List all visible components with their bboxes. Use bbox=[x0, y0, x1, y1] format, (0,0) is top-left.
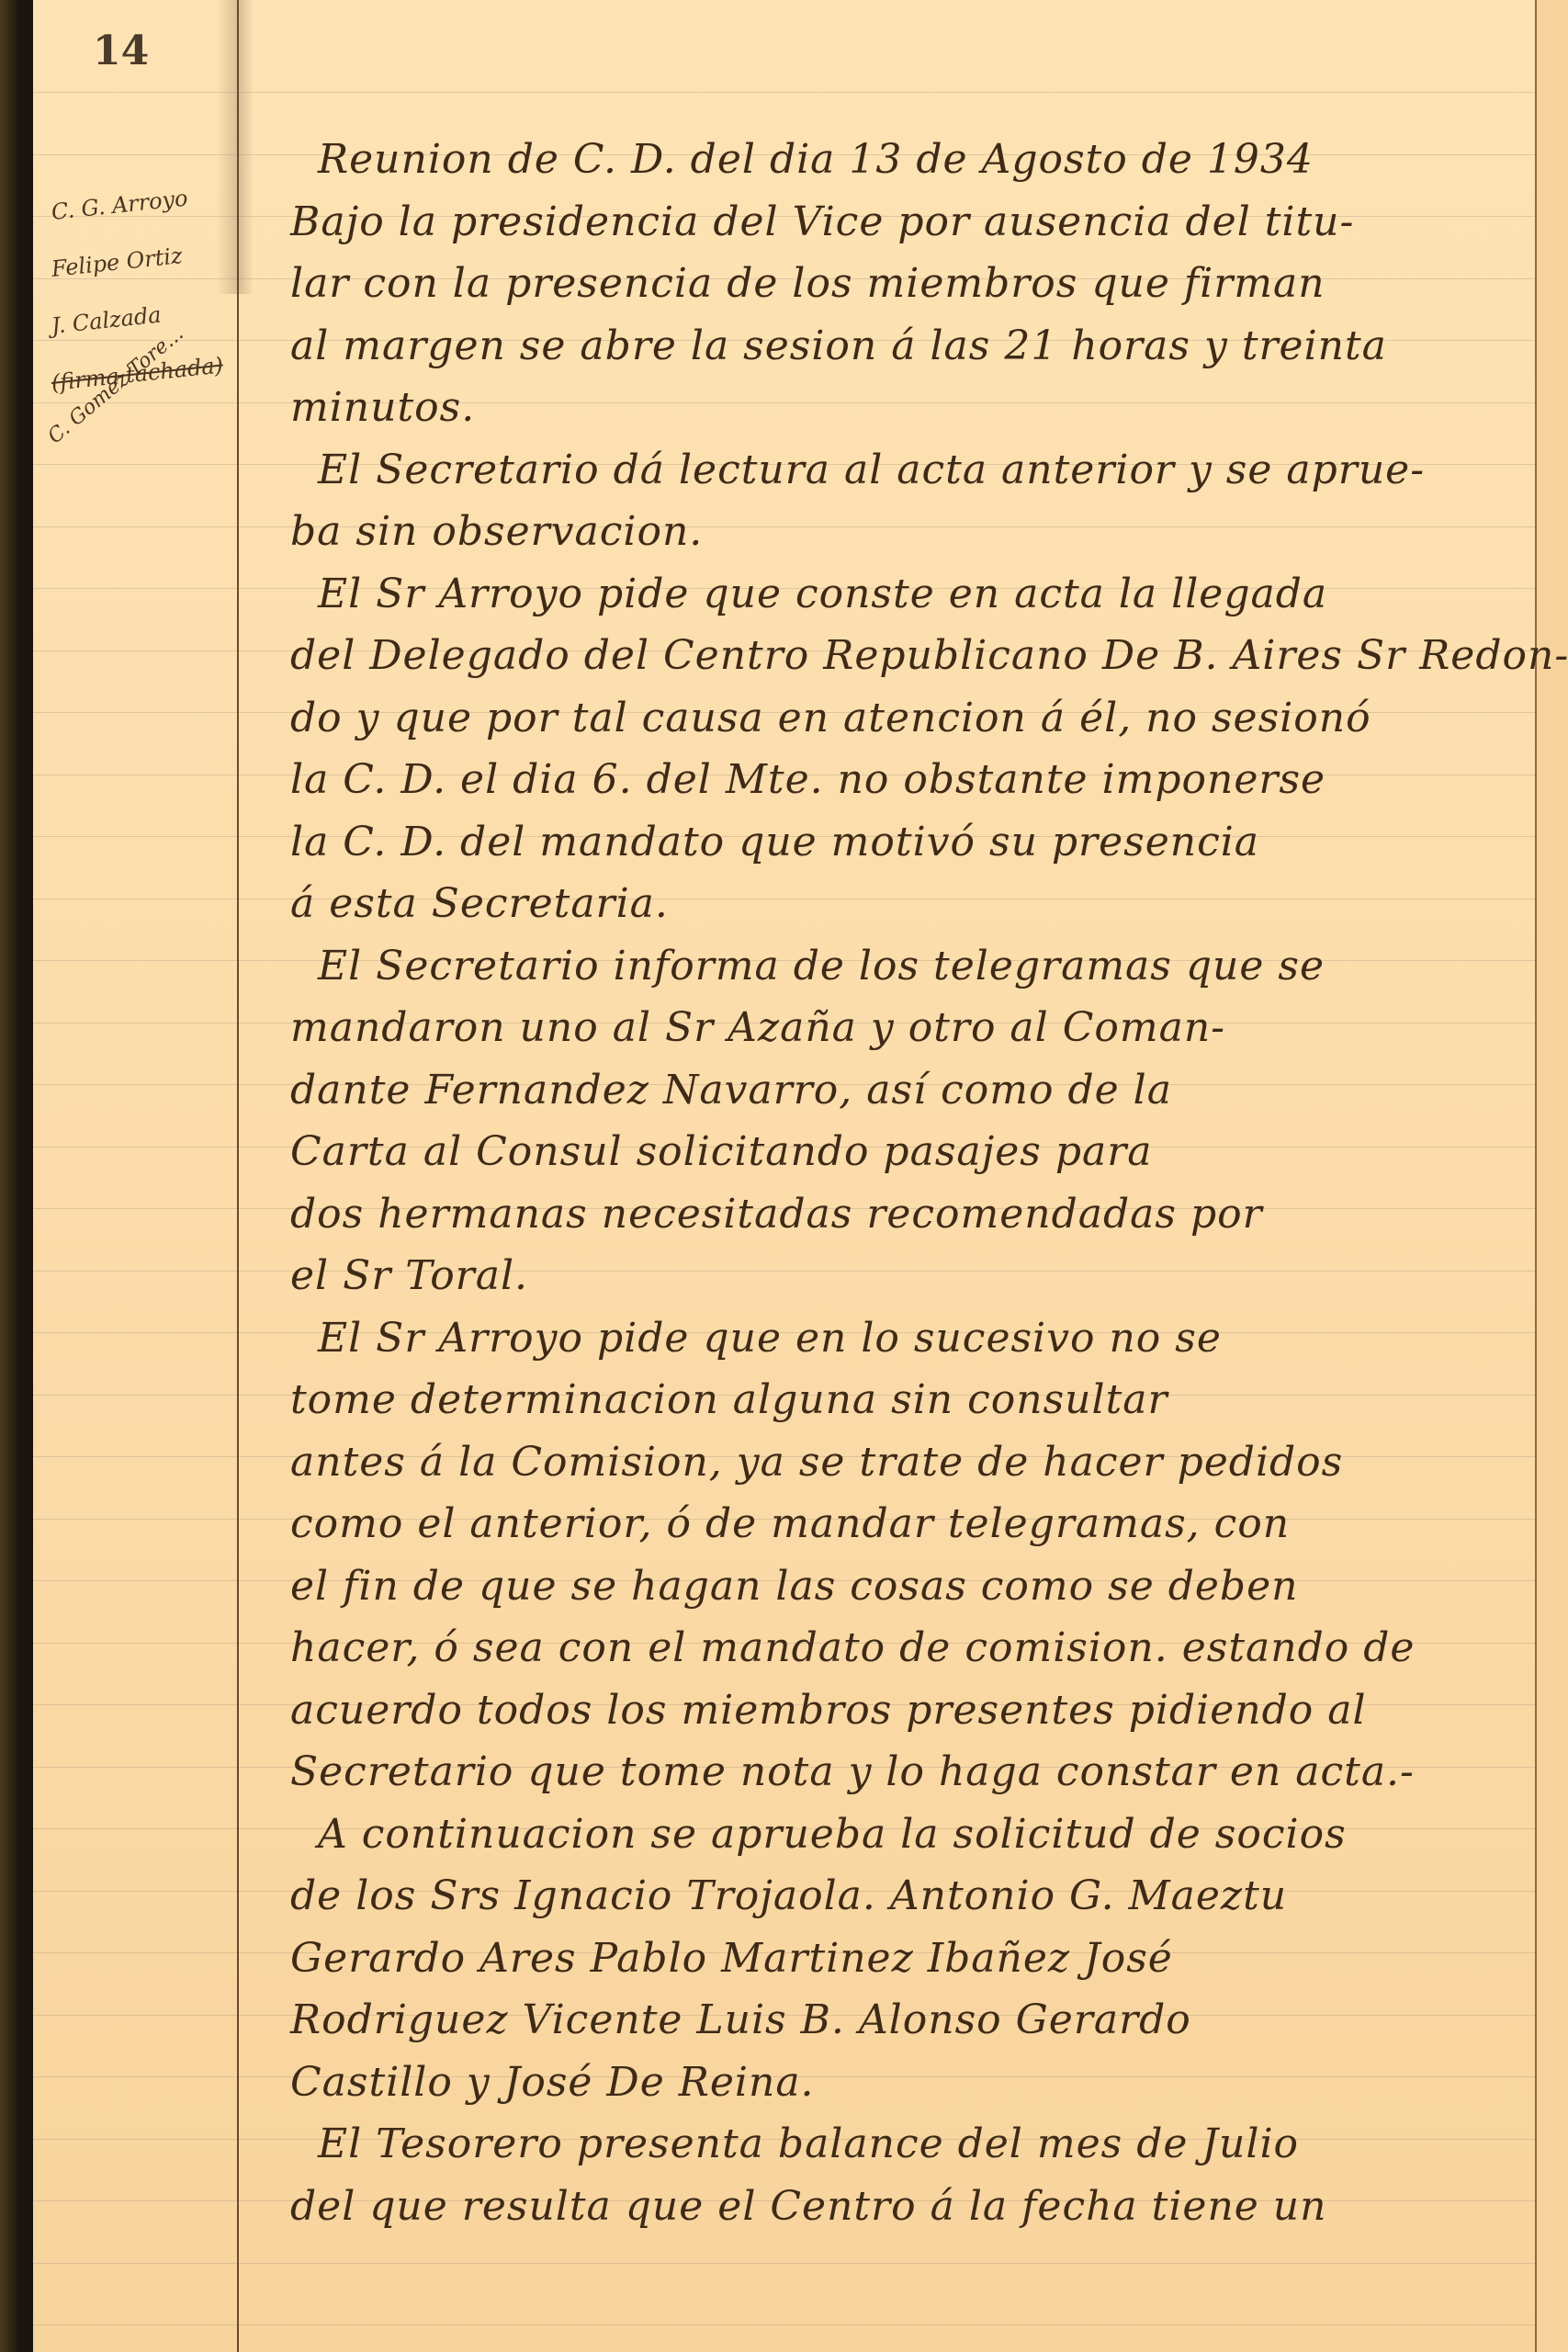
ledger-page: 14 C. G. Arroyo Felipe Ortiz J. Calzada … bbox=[33, 0, 1568, 2352]
ruled-line bbox=[33, 2324, 1568, 2325]
minutes-line: hacer, ó sea con el mandato de comision.… bbox=[290, 1617, 1549, 1679]
minutes-line: Secretario que tome nota y lo haga const… bbox=[290, 1741, 1549, 1804]
minutes-line: de los Srs Ignacio Trojaola. Antonio G. … bbox=[290, 1865, 1549, 1928]
minutes-line: la C. D. del mandato que motivó su prese… bbox=[290, 811, 1549, 874]
ruled-line bbox=[33, 2263, 1568, 2264]
minutes-line: El Sr Arroyo pide que en lo sucesivo no … bbox=[290, 1307, 1549, 1370]
minutes-line: Rodriguez Vicente Luis B. Alonso Gerardo bbox=[290, 1989, 1549, 2052]
minutes-line: del que resulta que el Centro á la fecha… bbox=[290, 2176, 1549, 2238]
minutes-text: Reunion de C. D. del dia 13 de Agosto de… bbox=[290, 129, 1549, 2237]
minutes-line: Reunion de C. D. del dia 13 de Agosto de… bbox=[290, 129, 1549, 191]
minutes-line: tome determinacion alguna sin consultar bbox=[290, 1369, 1549, 1431]
minutes-line: antes á la Comision, ya se trate de hace… bbox=[290, 1431, 1549, 1494]
minutes-line: mandaron uno al Sr Azaña y otro al Coman… bbox=[290, 997, 1549, 1059]
ruled-line bbox=[33, 92, 1568, 93]
minutes-line: Carta al Consul solicitando pasajes para bbox=[290, 1121, 1549, 1183]
minutes-line: el Sr Toral. bbox=[290, 1245, 1549, 1307]
minutes-line: dos hermanas necesitadas recomendadas po… bbox=[290, 1183, 1549, 1246]
ledger-book: 14 C. G. Arroyo Felipe Ortiz J. Calzada … bbox=[0, 0, 1568, 2352]
page-number: 14 bbox=[93, 28, 149, 74]
minutes-line: Bajo la presidencia del Vice por ausenci… bbox=[290, 191, 1549, 254]
minutes-line: el fin de que se hagan las cosas como se… bbox=[290, 1555, 1549, 1618]
minutes-line: Gerardo Ares Pablo Martinez Ibañez José bbox=[290, 1928, 1549, 1990]
minutes-line: El Secretario informa de los telegramas … bbox=[290, 935, 1549, 998]
minutes-line: minutos. bbox=[290, 377, 1549, 439]
minutes-line: El Sr Arroyo pide que conste en acta la … bbox=[290, 563, 1549, 626]
minutes-line: do y que por tal causa en atencion á él,… bbox=[290, 687, 1549, 750]
minutes-line: Castillo y José De Reina. bbox=[290, 2052, 1549, 2114]
minutes-line: El Secretario dá lectura al acta anterio… bbox=[290, 439, 1549, 502]
binding-edge bbox=[17, 0, 35, 2352]
minutes-line: A continuacion se aprueba la solicitud d… bbox=[290, 1804, 1549, 1866]
minutes-line: la C. D. el dia 6. del Mte. no obstante … bbox=[290, 749, 1549, 811]
minutes-line: lar con la presencia de los miembros que… bbox=[290, 253, 1549, 315]
margin-signatures: C. G. Arroyo Felipe Ortiz J. Calzada (fi… bbox=[51, 184, 254, 469]
minutes-line: al margen se abre la sesion á las 21 hor… bbox=[290, 315, 1549, 378]
minutes-line: acuerdo todos los miembros presentes pid… bbox=[290, 1679, 1549, 1742]
minutes-line: ba sin observacion. bbox=[290, 501, 1549, 563]
minutes-line: á esta Secretaria. bbox=[290, 873, 1549, 935]
minutes-line: como el anterior, ó de mandar telegramas… bbox=[290, 1493, 1549, 1555]
minutes-line: del Delegado del Centro Republicano De B… bbox=[290, 625, 1549, 687]
minutes-line: El Tesorero presenta balance del mes de … bbox=[290, 2113, 1549, 2176]
minutes-line: dante Fernandez Navarro, así como de la bbox=[290, 1059, 1549, 1122]
